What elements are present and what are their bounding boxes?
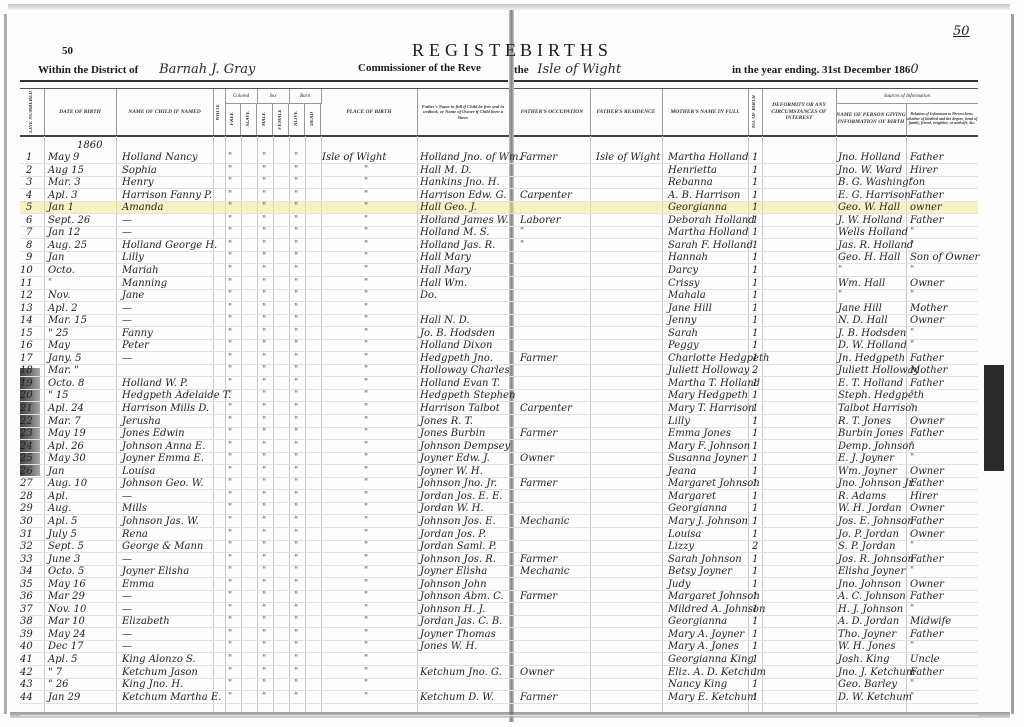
- place-of-birth: ": [364, 478, 368, 488]
- fathers-occupation: Mechanic: [520, 516, 569, 527]
- colored-mark: ": [228, 340, 232, 350]
- born-mark: ": [294, 328, 298, 338]
- colored-mark: ": [228, 416, 232, 426]
- colored-mark: ": [228, 215, 232, 225]
- informant-relation: ": [910, 265, 914, 275]
- line-number: 10: [20, 265, 33, 276]
- district-label: Within the District of: [38, 64, 138, 76]
- place-of-birth: ": [364, 566, 368, 576]
- ruled-line: [20, 427, 978, 428]
- fathers-name: Joyner Thomas: [420, 629, 496, 640]
- born-mark: ": [294, 554, 298, 564]
- fathers-name: Harrison Talbot: [420, 403, 500, 414]
- mothers-name: Henrietta: [668, 165, 717, 176]
- sex-mark: ": [262, 529, 266, 539]
- place-of-birth: ": [364, 616, 368, 626]
- sex-mark: ": [262, 579, 266, 589]
- born-mark: ": [294, 390, 298, 400]
- child-name: —: [122, 215, 132, 226]
- colored-mark: ": [228, 503, 232, 513]
- child-name: Mariah: [122, 265, 159, 276]
- born-mark: ": [294, 453, 298, 463]
- commissioner-line: Commissioner of the Reve: [358, 62, 481, 74]
- informant-relation: Owner: [910, 579, 944, 590]
- date-of-birth: Octo. 8: [48, 378, 84, 389]
- fathers-occupation: Carpenter: [520, 403, 572, 414]
- child-name: —: [122, 353, 132, 364]
- mothers-name: Sarah: [668, 328, 698, 339]
- title-left: REGISTE: [412, 40, 521, 61]
- fathers-name: Jones R. T.: [420, 416, 473, 427]
- informant-name: E. G. Harrison: [838, 190, 911, 201]
- colored-mark: ": [228, 290, 232, 300]
- date-of-birth: May 19: [48, 428, 86, 439]
- informant-relation: Father: [910, 629, 943, 640]
- child-name: Amanda: [122, 202, 163, 213]
- informant-name: ": [838, 265, 842, 275]
- col-sources: Sources of Information: [836, 89, 978, 104]
- sex-mark: ": [262, 516, 266, 526]
- fathers-name: Jo. B. Hodsden: [420, 328, 495, 339]
- col-colored-slave: Slave: [241, 103, 257, 135]
- birth-number: 1: [752, 278, 758, 289]
- register-page: 50 50 REGISTE BIRTHS Within the District…: [0, 0, 1024, 727]
- col-name-of-child: Name of Child if Named: [116, 89, 214, 135]
- line-number: 26: [20, 466, 33, 477]
- ruled-line: [20, 414, 978, 415]
- sex-mark: ": [262, 453, 266, 463]
- fathers-occupation: ": [520, 227, 524, 237]
- line-number: 30: [20, 516, 33, 527]
- colored-mark: ": [228, 566, 232, 576]
- line-number: 3: [26, 177, 32, 188]
- born-mark: ": [294, 641, 298, 651]
- place-of-birth: ": [364, 265, 368, 275]
- child-name: —: [122, 591, 132, 602]
- colored-mark: ": [228, 641, 232, 651]
- birth-number: 1: [752, 390, 758, 401]
- ruled-line: [20, 289, 978, 290]
- birth-number: 2: [752, 365, 758, 376]
- sex-mark: ": [262, 177, 266, 187]
- informant-relation: Father: [910, 478, 943, 489]
- fathers-name: Jordan Jas. C. B.: [420, 616, 502, 627]
- informant-name: E. T. Holland: [838, 378, 903, 389]
- date-of-birth: Apl. 26: [48, 441, 84, 452]
- sex-mark: ": [262, 667, 266, 677]
- informant-name: Wm. Hall: [838, 278, 885, 289]
- mothers-name: Rebanna: [668, 177, 713, 188]
- mothers-name: Georgianna: [668, 202, 727, 213]
- sex-mark: ": [262, 378, 266, 388]
- sex-mark: ": [262, 441, 266, 451]
- birth-number: 1: [752, 152, 758, 163]
- colored-mark: ": [228, 579, 232, 589]
- informant-name: Jno. Johnson: [838, 579, 901, 590]
- born-mark: ": [294, 240, 298, 250]
- date-of-birth: May 30: [48, 453, 86, 464]
- mothers-name: Martha Holland: [668, 227, 749, 238]
- date-of-birth: Jan 1: [48, 202, 74, 213]
- page-number-left: 50: [62, 45, 73, 57]
- year-line: in the year ending. 31st December 1860: [732, 62, 919, 77]
- sex-mark: ": [262, 290, 266, 300]
- col-colored-free: Free: [225, 103, 241, 135]
- informant-name: D. W. Ketchum: [838, 692, 912, 703]
- colored-mark: ": [228, 390, 232, 400]
- date-of-birth: Apl. 24: [48, 403, 84, 414]
- informant-name: N. D. Hall: [838, 315, 888, 326]
- date-of-birth: Mar. ": [48, 365, 79, 376]
- mothers-name: Mary A. Joyner: [668, 629, 744, 640]
- informant-relation: Father: [910, 516, 943, 527]
- birth-number: 1: [752, 215, 758, 226]
- place-of-birth: ": [364, 629, 368, 639]
- sex-mark: ": [262, 604, 266, 614]
- born-mark: ": [294, 152, 298, 162]
- place-of-birth: ": [364, 227, 368, 237]
- fathers-name: Johnson Dempsey: [420, 441, 510, 452]
- informant-name: Burbin Jones: [838, 428, 903, 439]
- district-value: Barnah J. Gray: [159, 62, 255, 77]
- line-number: 42: [20, 667, 33, 678]
- informant-relation: Owner: [910, 503, 944, 514]
- colored-mark: ": [228, 629, 232, 639]
- title-right: BIRTHS: [520, 40, 613, 61]
- fathers-occupation: Carpenter: [520, 190, 572, 201]
- fathers-name: Hall Wm.: [420, 278, 467, 289]
- child-name: —: [122, 491, 132, 502]
- mothers-name: Sarah F. Holland: [668, 240, 753, 251]
- sex-mark: ": [262, 315, 266, 325]
- ruled-line: [20, 176, 978, 177]
- child-name: Peter: [122, 340, 149, 351]
- fathers-name: Jordan Saml. P.: [420, 541, 497, 552]
- date-of-birth: Sept. 5: [48, 541, 84, 552]
- born-mark: ": [294, 290, 298, 300]
- informant-relation: ": [910, 240, 914, 250]
- mothers-name: Juliett Holloway: [668, 365, 749, 376]
- line-number: 37: [20, 604, 33, 615]
- line-number: 41: [20, 654, 33, 665]
- colored-mark: ": [228, 278, 232, 288]
- fathers-name: Jones Burbin: [420, 428, 485, 439]
- born-mark: ": [294, 403, 298, 413]
- fathers-name: Ketchum Jno. G.: [420, 667, 502, 678]
- ruled-line: [20, 213, 978, 214]
- informant-relation: Owner: [910, 315, 944, 326]
- informant-name: Jno. Holland: [838, 152, 901, 163]
- birth-number: 1: [752, 177, 758, 188]
- fathers-occupation: Owner: [520, 667, 554, 678]
- birth-number: 1: [752, 290, 758, 301]
- child-name: —: [122, 641, 132, 652]
- born-mark: ": [294, 252, 298, 262]
- ruled-line: [20, 389, 978, 390]
- informant-relation: ": [910, 641, 914, 651]
- date-of-birth: Aug. 25: [48, 240, 87, 251]
- line-number: 4: [26, 190, 32, 201]
- child-name: Holland W. P.: [122, 378, 188, 389]
- informant-relation: Owner: [910, 529, 944, 540]
- date-of-birth: " 15: [48, 390, 69, 401]
- place-of-birth: ": [364, 365, 368, 375]
- born-mark: ": [294, 416, 298, 426]
- child-name: Johnson Geo. W.: [122, 478, 204, 489]
- birth-number: 1: [752, 654, 758, 665]
- place-of-birth: ": [364, 290, 368, 300]
- birth-number: 1: [752, 616, 758, 627]
- mothers-name: Lilly: [668, 416, 690, 427]
- colored-mark: ": [228, 516, 232, 526]
- mothers-name: Emma Jones: [668, 428, 731, 439]
- child-name: Joyner Elisha: [122, 566, 189, 577]
- child-name: Henry: [122, 177, 154, 188]
- sex-mark: ": [262, 503, 266, 513]
- sex-mark: ": [262, 340, 266, 350]
- born-mark: ": [294, 315, 298, 325]
- date-of-birth: Apl. 2: [48, 303, 78, 314]
- born-mark: ": [294, 516, 298, 526]
- informant-name: Geo. W. Hall: [838, 202, 900, 213]
- birth-number: 1: [752, 453, 758, 464]
- child-name: Jones Edwin: [122, 428, 185, 439]
- born-mark: ": [294, 604, 298, 614]
- birth-number: 1: [752, 428, 758, 439]
- child-name: King Alonzo S.: [122, 654, 196, 665]
- informant-relation: ": [910, 692, 914, 702]
- birth-number: 1: [752, 340, 758, 351]
- place-of-birth: ": [364, 378, 368, 388]
- place-of-birth: ": [364, 303, 368, 313]
- col-born-dead: Dead: [305, 103, 321, 135]
- child-name: Ketchum Martha E.: [122, 692, 221, 703]
- birth-number: 1: [752, 554, 758, 565]
- ruled-line: [20, 502, 978, 503]
- line-number: 19: [20, 378, 33, 389]
- sex-mark: ": [262, 679, 266, 689]
- birth-number: 1: [752, 667, 758, 678]
- fathers-name: Holland Jno. of Wm.: [420, 152, 522, 163]
- born-mark: ": [294, 190, 298, 200]
- ruled-line: [20, 314, 978, 315]
- birth-number: 1: [752, 641, 758, 652]
- mothers-name: Georgianna King: [668, 654, 754, 665]
- sex-mark: ": [262, 478, 266, 488]
- born-mark: ": [294, 215, 298, 225]
- informant-name: Jo. P. Jordan: [838, 529, 899, 540]
- line-number: 16: [20, 340, 33, 351]
- born-mark: ": [294, 679, 298, 689]
- mothers-name: Judy: [668, 579, 691, 590]
- fathers-name: Holloway Charles: [420, 365, 510, 376]
- fathers-name: Hall Geo. J.: [420, 202, 477, 213]
- birth-number: 1: [752, 378, 758, 389]
- colored-mark: ": [228, 403, 232, 413]
- line-number: 31: [20, 529, 33, 540]
- place-of-birth: ": [364, 579, 368, 589]
- col-colored: Colored: [225, 89, 258, 104]
- colored-mark: ": [228, 667, 232, 677]
- born-mark: ": [294, 629, 298, 639]
- mothers-name: Mary T. Harrison: [668, 403, 754, 414]
- informant-relation: ": [910, 679, 914, 689]
- commissioner-label: Commissioner of the Reve: [358, 62, 481, 74]
- colored-mark: ": [228, 541, 232, 551]
- fathers-name: Johnson Jos. R.: [420, 554, 496, 565]
- born-mark: ": [294, 616, 298, 626]
- birth-number: 1: [752, 591, 758, 602]
- colored-mark: ": [228, 591, 232, 601]
- place-of-birth: ": [364, 503, 368, 513]
- born-mark: ": [294, 529, 298, 539]
- fathers-name: Jordan W. H.: [420, 503, 484, 514]
- place-of-birth: ": [364, 667, 368, 677]
- col-group-sources: Sources of Information Name of Person Gi…: [836, 89, 978, 135]
- child-name: Jerusha: [122, 416, 161, 427]
- ruled-line: [20, 678, 978, 679]
- birth-number: 1: [752, 478, 758, 489]
- date-of-birth: May 24: [48, 629, 86, 640]
- informant-relation: Uncle: [910, 654, 940, 665]
- year-value: 0: [910, 62, 918, 77]
- page-right-edge: [1011, 14, 1014, 714]
- place-of-birth: ": [364, 240, 368, 250]
- line-number: 12: [20, 290, 33, 301]
- child-name: Sophia: [122, 165, 157, 176]
- informant-name: H. J. Johnson: [838, 604, 903, 615]
- date-of-birth: Apl. 3: [48, 190, 78, 201]
- line-number: 2: [26, 165, 32, 176]
- informant-relation: Father: [910, 190, 943, 201]
- informant-name: E. J. Joyner: [838, 453, 894, 464]
- date-of-birth: Aug 15: [48, 165, 84, 176]
- born-mark: ": [294, 278, 298, 288]
- ruled-line: [20, 263, 978, 264]
- informant-name: Wm. Joyner: [838, 466, 897, 477]
- ruled-line: [20, 590, 978, 591]
- sex-mark: ": [262, 641, 266, 651]
- place-of-birth: ": [364, 604, 368, 614]
- ruled-line: [20, 364, 978, 365]
- fathers-name: Joyner Elisha: [420, 566, 487, 577]
- ruled-line: [20, 540, 978, 541]
- fathers-name: Hall Mary: [420, 252, 471, 263]
- place-of-birth: ": [364, 541, 368, 551]
- colored-mark: ": [228, 202, 232, 212]
- ruled-line: [20, 489, 978, 490]
- fathers-name: Hall M. D.: [420, 165, 472, 176]
- ruled-line: [20, 464, 978, 465]
- date-of-birth: " 26: [48, 679, 69, 690]
- informant-relation: ": [910, 566, 914, 576]
- informant-relation: Father: [910, 215, 943, 226]
- date-of-birth: Jan 12: [48, 227, 80, 238]
- line-number: 21: [20, 403, 33, 414]
- date-of-birth: Mar 10: [48, 616, 85, 627]
- col-group-status: Colored Sex Born Free Slave Male Female …: [225, 89, 321, 135]
- informant-relation: Father: [910, 667, 943, 678]
- ruled-line: [20, 439, 978, 440]
- colored-mark: ": [228, 491, 232, 501]
- line-number: 35: [20, 579, 33, 590]
- line-number: 17: [20, 353, 33, 364]
- born-mark: ": [294, 340, 298, 350]
- sex-mark: ": [262, 554, 266, 564]
- date-of-birth: May 16: [48, 579, 86, 590]
- sex-mark: ": [262, 428, 266, 438]
- ruled-line: [20, 452, 978, 453]
- informant-name: Jno. J. Ketchum: [838, 667, 915, 678]
- born-mark: ": [294, 227, 298, 237]
- fathers-name: Holland James W.: [420, 215, 509, 226]
- line-number: 39: [20, 629, 33, 640]
- informant-relation: ": [910, 403, 914, 413]
- informant-relation: Mother: [910, 365, 947, 376]
- informant-name: Jno. Johnson Jr.: [838, 478, 915, 489]
- sex-mark: ": [262, 328, 266, 338]
- date-of-birth: " 7: [48, 667, 62, 678]
- ruled-line: [20, 477, 978, 478]
- ruled-line: [20, 351, 978, 352]
- date-of-birth: ": [48, 278, 52, 288]
- informant-name: Wells Holland: [838, 227, 908, 238]
- mothers-name: Mary F. Johnson: [668, 441, 750, 452]
- sex-mark: ": [262, 654, 266, 664]
- date-of-birth: Mar 29: [48, 591, 85, 602]
- col-place-of-birth: Place of Birth: [321, 89, 418, 135]
- mothers-name: Mary E. Ketchum: [668, 692, 757, 703]
- col-sex-female: Female: [273, 103, 289, 135]
- informant-relation: ": [910, 541, 914, 551]
- ruled-line: [20, 276, 978, 277]
- child-name: Joyner Emma E.: [122, 453, 204, 464]
- fathers-occupation: Farmer: [520, 428, 557, 439]
- mothers-name: Mahala: [668, 290, 706, 301]
- col-born: Born: [289, 89, 322, 104]
- fathers-name: Ketchum D. W.: [420, 692, 494, 703]
- sex-mark: ": [262, 252, 266, 262]
- child-name: Manning: [122, 278, 167, 289]
- sex-mark: ": [262, 566, 266, 576]
- birth-number: 1: [752, 165, 758, 176]
- line-number: 7: [26, 227, 32, 238]
- line-number: 5: [26, 202, 32, 213]
- birth-number: 1: [752, 190, 758, 201]
- informant-relation: Owner: [910, 416, 944, 427]
- mothers-name: Mildred A. Johnson: [668, 604, 765, 615]
- informant-relation: ": [910, 453, 914, 463]
- col-informant-name: Name of Person Giving Information of Bir…: [836, 103, 907, 135]
- line-number: 38: [20, 616, 33, 627]
- informant-name: Talbot Harrison: [838, 403, 918, 414]
- birth-number: 2: [752, 541, 758, 552]
- col-date-of-birth: Date of Birth: [44, 89, 117, 135]
- sex-mark: ": [262, 265, 266, 275]
- informant-name: Jane Hill: [838, 303, 882, 314]
- date-of-birth: Octo.: [48, 265, 75, 276]
- colored-mark: ": [228, 616, 232, 626]
- date-of-birth: Sept. 26: [48, 215, 90, 226]
- ruled-line: [20, 326, 978, 327]
- birth-number: 1: [752, 579, 758, 590]
- born-mark: ": [294, 503, 298, 513]
- ruled-line: [20, 301, 978, 302]
- mothers-name: Lizzy: [668, 541, 694, 552]
- child-name: Holland George H.: [122, 240, 217, 251]
- column-header-left: Line Numbered Date of Birth Name of Chil…: [20, 88, 509, 137]
- informant-name: A. C. Johnson: [838, 591, 906, 602]
